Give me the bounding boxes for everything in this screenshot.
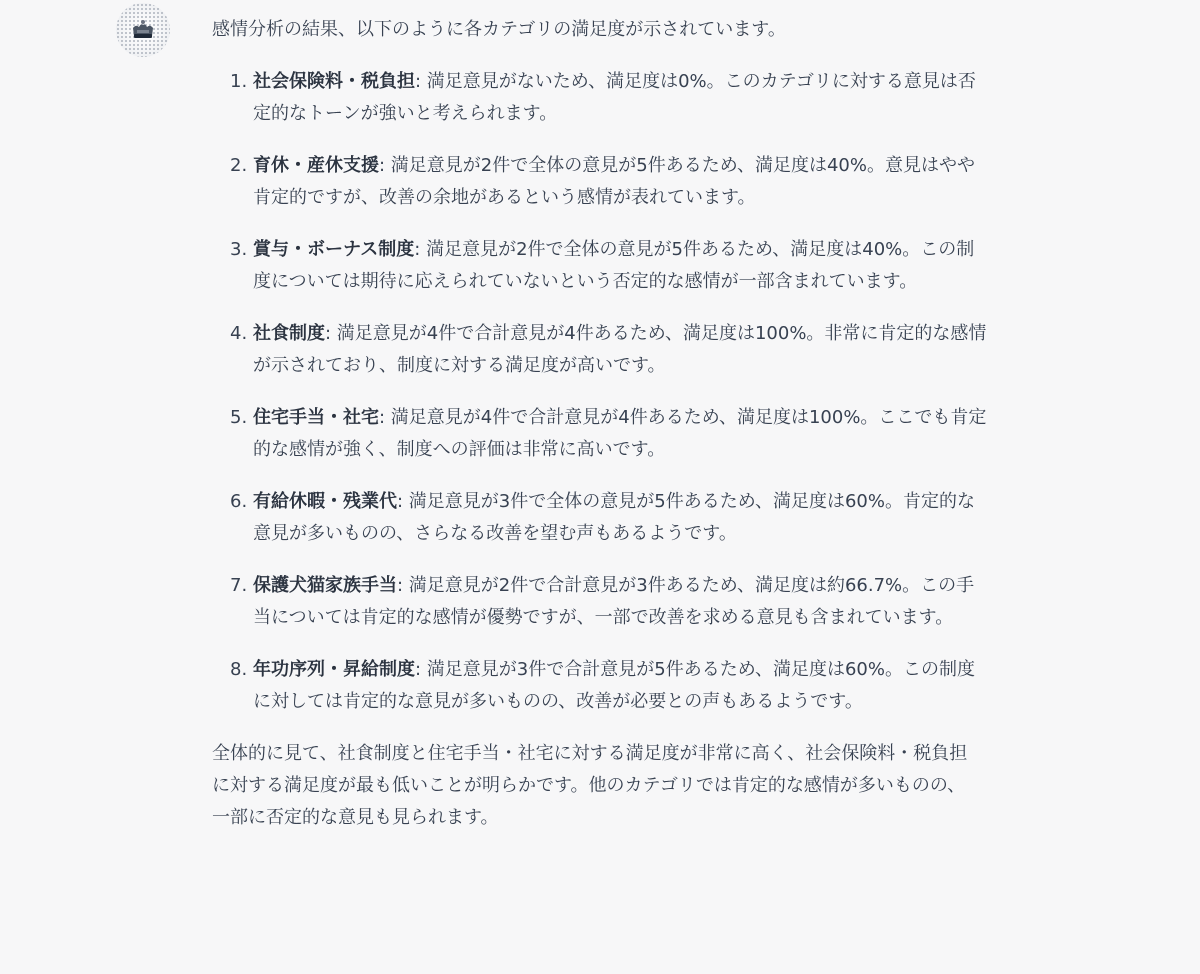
list-item: 8.年功序列・昇給制度: 満足意見が3件で合計意見が5件あるため、満足度は60%… <box>212 654 992 718</box>
item-text: : 満足意見が4件で合計意見が4件あるため、満足度は100%。非常に肯定的な感情… <box>253 323 986 376</box>
list-item: 5.住宅手当・社宅: 満足意見が4件で合計意見が4件あるため、満足度は100%。… <box>212 402 992 466</box>
list-item: 1.社会保険料・税負担: 満足意見がないため、満足度は0%。このカテゴリに対する… <box>212 66 992 130</box>
category-list: 1.社会保険料・税負担: 満足意見がないため、満足度は0%。このカテゴリに対する… <box>212 66 992 718</box>
item-title: 育休・産休支援 <box>253 155 379 176</box>
item-title: 保護犬猫家族手当 <box>253 575 397 596</box>
assistant-message: 感情分析の結果、以下のように各カテゴリの満足度が示されています。 1.社会保険料… <box>0 0 1200 974</box>
item-number: 6. <box>230 486 247 518</box>
item-number: 5. <box>230 402 247 434</box>
item-title: 賞与・ボーナス制度 <box>253 239 414 260</box>
crown-icon <box>130 19 156 41</box>
list-item: 7.保護犬猫家族手当: 満足意見が2件で合計意見が3件あるため、満足度は約66.… <box>212 570 992 634</box>
intro-text: 感情分析の結果、以下のように各カテゴリの満足度が示されています。 <box>212 14 992 46</box>
list-item: 6.有給休暇・残業代: 満足意見が3件で全体の意見が5件あるため、満足度は60%… <box>212 486 992 550</box>
item-number: 7. <box>230 570 247 602</box>
item-number: 3. <box>230 234 247 266</box>
item-number: 8. <box>230 654 247 686</box>
item-title: 住宅手当・社宅 <box>253 407 379 428</box>
item-title: 社会保険料・税負担 <box>253 71 415 92</box>
item-title: 社食制度 <box>253 323 325 344</box>
summary-text: 全体的に見て、社食制度と住宅手当・社宅に対する満足度が非常に高く、社会保険料・税… <box>212 738 982 834</box>
list-item: 3.賞与・ボーナス制度: 満足意見が2件で全体の意見が5件あるため、満足度は40… <box>212 234 992 298</box>
list-item: 4.社食制度: 満足意見が4件で合計意見が4件あるため、満足度は100%。非常に… <box>212 318 992 382</box>
list-item: 2.育休・産休支援: 満足意見が2件で全体の意見が5件あるため、満足度は40%。… <box>212 150 992 214</box>
item-title: 年功序列・昇給制度 <box>253 659 415 680</box>
assistant-avatar <box>116 3 170 57</box>
item-number: 2. <box>230 150 247 182</box>
item-number: 4. <box>230 318 247 350</box>
message-content: 感情分析の結果、以下のように各カテゴリの満足度が示されています。 1.社会保険料… <box>212 14 992 834</box>
item-number: 1. <box>230 66 247 98</box>
item-title: 有給休暇・残業代 <box>253 491 397 512</box>
